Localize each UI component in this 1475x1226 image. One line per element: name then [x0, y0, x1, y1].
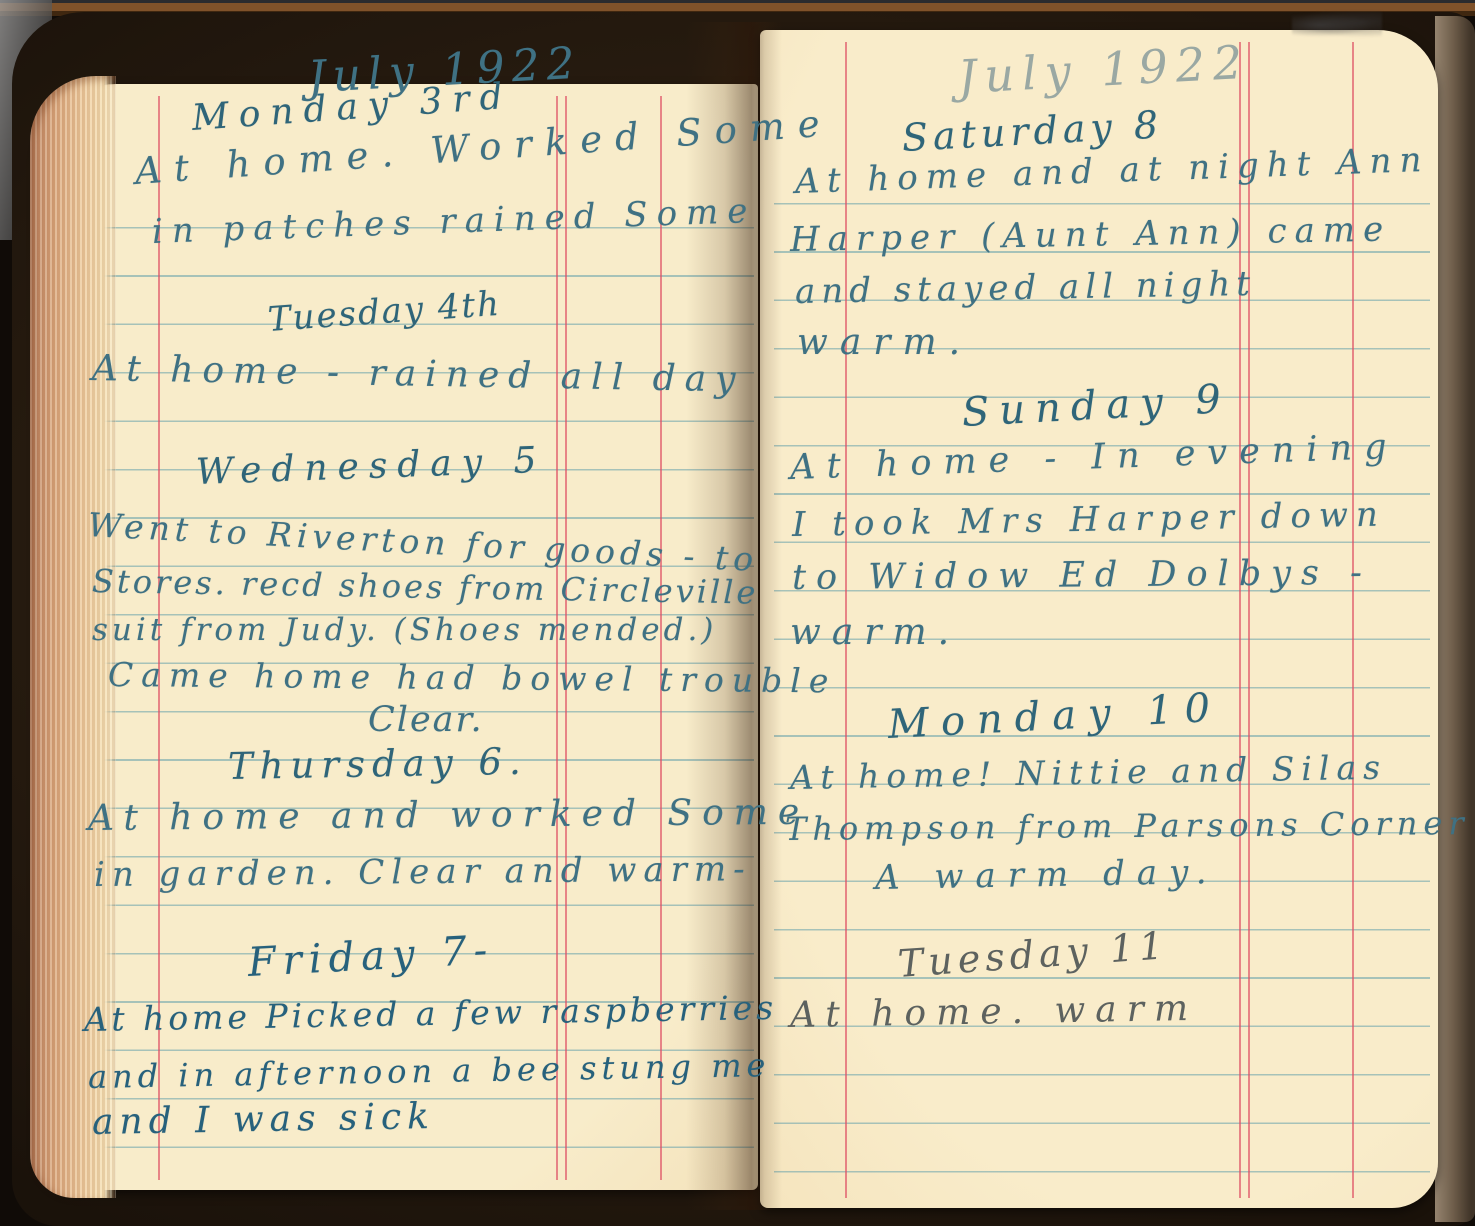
entry-line: and in afternoon a bee stung me	[88, 1046, 771, 1096]
entry-line: in patches rained Some	[151, 191, 757, 252]
entry-line: and I was sick	[92, 1096, 436, 1143]
heading-tuesday-4th: Tuesday 4th	[267, 284, 503, 340]
entry-line: At home Picked a few raspberries	[84, 988, 778, 1039]
heading-sunday-9: Sunday 9	[961, 376, 1232, 436]
entry-line: in garden. Clear and warm-	[94, 849, 752, 895]
entry-line: I took Mrs Harper down	[792, 495, 1387, 545]
handwriting-layer: July 1922 Monday 3rd At home. Worked Som…	[0, 0, 1475, 1226]
heading-monday-10: Monday 10	[887, 685, 1223, 748]
entry-line: At home - rained all day	[92, 348, 745, 400]
right-month-header: July 1922	[957, 35, 1252, 104]
entry-line: At home and worked Some	[88, 792, 810, 839]
entry-line: and stayed all night	[795, 264, 1257, 312]
heading-wednesday-5: Wednesday 5	[195, 440, 547, 493]
entry-line: warm.	[797, 322, 972, 363]
entry-line: suit from Judy. (Shoes mended.)	[92, 612, 717, 648]
entry-line: At home and at night Ann	[794, 140, 1430, 202]
diary-photo: July 1922 Monday 3rd At home. Worked Som…	[0, 0, 1475, 1226]
heading-tuesday-11: Tuesday 11	[896, 923, 1169, 986]
entry-line: A warm day.	[875, 852, 1219, 898]
entry-line: Came home had bowel trouble	[108, 655, 837, 700]
entry-line: At home! Nittie and Silas	[790, 748, 1388, 797]
entry-line: warm.	[790, 612, 960, 653]
entry-line: Clear.	[368, 700, 484, 740]
heading-thursday-6: Thursday 6.	[228, 740, 528, 788]
entry-line: At home. warm	[790, 988, 1199, 1036]
entry-line: Thompson from Parsons Corner	[785, 804, 1470, 848]
heading-friday-7: Friday 7-	[247, 927, 495, 986]
entry-line: At home - In evening	[789, 427, 1399, 488]
entry-line: to Widow Ed Dolbys -	[792, 553, 1372, 598]
entry-line: Harper (Aunt Ann) came	[790, 210, 1392, 260]
